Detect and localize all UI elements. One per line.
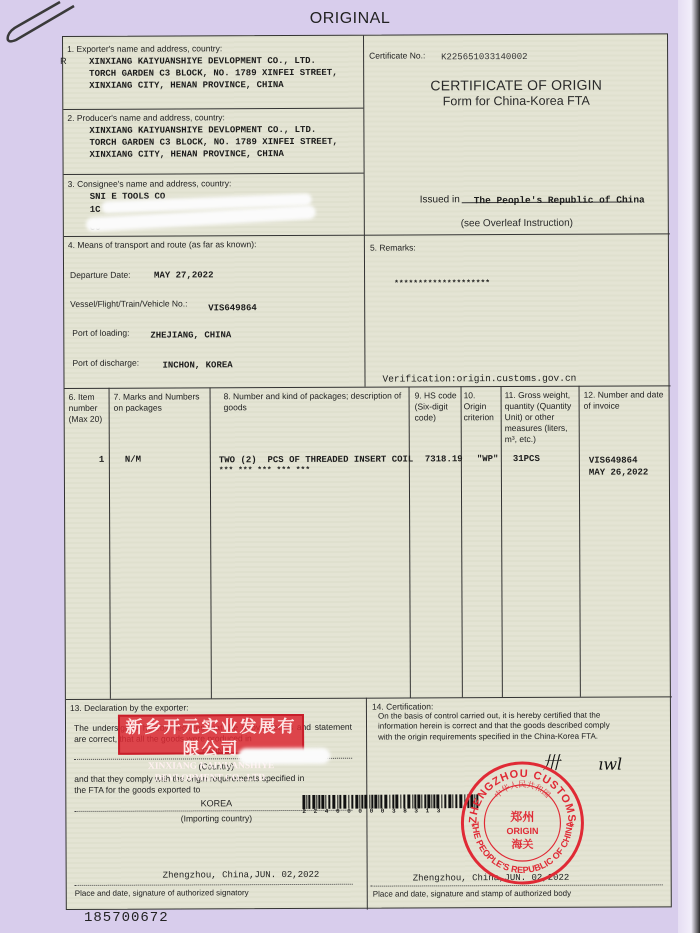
declaration-label: 13. Declaration by the exporter:: [70, 702, 189, 714]
header-hs-code: 9. HS code (Six-digit code): [415, 390, 459, 423]
certificate-subtitle: Form for China-Korea FTA: [363, 93, 669, 108]
invoice-date: MAY 26,2022: [589, 466, 648, 478]
header-origin-criterion: 10. Origin criterion: [464, 390, 500, 423]
certificate-title: CERTIFICATE OF ORIGIN: [363, 76, 669, 93]
header-marks: 7. Marks and Numbers on packages: [114, 391, 208, 414]
svg-text:★: ★: [569, 822, 574, 829]
signature-mark: ıwl: [598, 755, 622, 774]
overleaf-instruction: (see Overleaf Instruction): [364, 217, 670, 229]
origin-criterion-value: "WP": [477, 453, 499, 465]
header-description: 8. Number and kind of packages; descript…: [224, 391, 404, 414]
certificate-number-label: Certificate No.:: [369, 50, 425, 61]
consignee-label: 3. Consignee's name and address, country…: [68, 178, 232, 190]
paper-edge: [678, 0, 700, 933]
port-of-discharge-label: Port of discharge:: [72, 358, 139, 369]
remarks-value: ********************: [394, 279, 490, 290]
header-gross-weight: 11. Gross weight, quantity (Quantity Uni…: [505, 390, 577, 446]
departure-date: MAY 27,2022: [154, 269, 213, 281]
invoice-number: VIS649864: [589, 454, 638, 466]
barcode-digits: 2246000038313: [302, 807, 482, 815]
certificate-number: K225651033140002: [441, 52, 527, 62]
description-fill: *** *** *** *** ***: [219, 466, 310, 477]
producer-label: 2. Producer's name and address, country:: [67, 112, 225, 124]
hs-code-value: 7318.19: [425, 453, 463, 465]
seal-origin: ORIGIN: [506, 826, 538, 836]
item-number: 1: [99, 454, 104, 466]
description-value: TWO (2) PCS OF THREADED INSERT COIL: [219, 453, 413, 466]
port-of-loading: ZHEJIANG, CHINA: [150, 329, 231, 341]
header-invoice: 12. Number and date of invoice: [584, 389, 664, 411]
issued-in-label: Issued in: [420, 193, 460, 206]
exporter-address: XINXIANG KAIYUANSHIYE DEVLOPMENT CO., LT…: [89, 55, 338, 93]
port-of-loading-label: Port of loading:: [72, 328, 129, 339]
redaction-mark: [238, 748, 330, 764]
remarks-label: 5. Remarks:: [370, 242, 416, 253]
declaration-place-date: Zhengzhou, China,JUN. 02,2022: [163, 870, 320, 881]
transport-label: 4. Means of transport and route (as far …: [68, 239, 257, 251]
vessel-label: Vessel/Flight/Train/Vehicle No.:: [70, 298, 187, 310]
customs-seal: ZHENGZHOU CUSTOMS THE PEOPLE'S REPUBLIC …: [458, 759, 587, 888]
serial-number: 185700672: [84, 910, 169, 926]
issued-in-country: The People's Republic of China: [474, 194, 645, 206]
table-row: 1 N/M TWO (2) PCS OF THREADED INSERT COI…: [63, 34, 667, 37]
document-heading: ORIGINAL: [0, 10, 700, 28]
quantity-value: 31PCS: [513, 453, 540, 465]
certification-caption: Place and date, signature and stamp of a…: [373, 889, 571, 900]
signatory-caption: Place and date, signature of authorized …: [75, 888, 249, 899]
header-item-number: 6. Item number (Max 20): [69, 392, 109, 425]
seal-city: 郑州: [509, 809, 534, 824]
svg-text:★: ★: [470, 822, 475, 829]
producer-address: XINXIANG KAIYUANSHIYE DEVLOPMENT CO., LT…: [89, 124, 338, 162]
exporter-marker: R: [60, 56, 67, 68]
port-of-discharge: INCHON, KOREA: [162, 359, 232, 371]
certification-text: On the basis of control carried out, it …: [378, 711, 618, 743]
vessel-number: VIS649864: [208, 302, 257, 314]
seal-customs: 海关: [511, 837, 533, 851]
marks-value: N/M: [125, 454, 141, 466]
departure-date-label: Departure Date:: [70, 270, 131, 281]
certificate-form: 1. Exporter's name and address, country:…: [62, 33, 672, 910]
exporter-label: 1. Exporter's name and address, country:: [67, 43, 222, 55]
verification-url: Verification:origin.customs.gov.cn: [382, 373, 576, 385]
